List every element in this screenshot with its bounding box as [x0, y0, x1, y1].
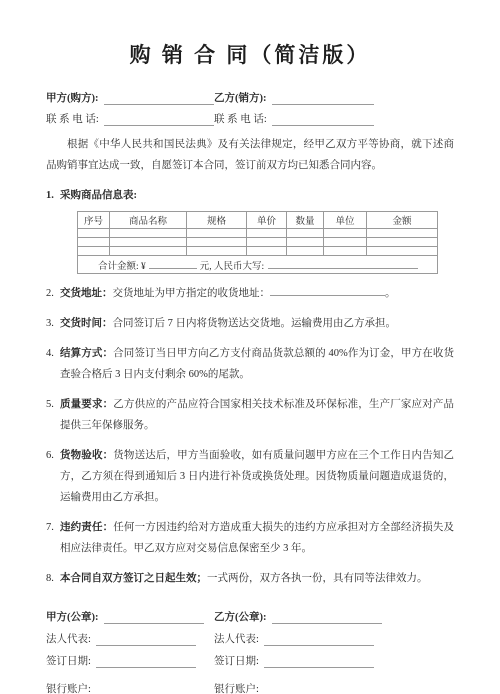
clause-3-label: 交货时间： [60, 318, 113, 329]
party-b-sign-date-line [264, 655, 374, 668]
col-header-unit-price: 单价 [247, 212, 287, 229]
party-a-phone-label: 联 系 电 话: [46, 111, 99, 126]
party-a-phone-line [104, 113, 214, 126]
clause-2-period: 。 [385, 288, 396, 299]
total-amount-label: 合计金额: ¥ [98, 262, 146, 272]
clause-6-number: 6. [46, 445, 54, 466]
clause-2-label: 交货地址： [60, 288, 113, 299]
party-b-seal-field: 乙方(公章): [214, 609, 382, 624]
clause-2-number: 2. [46, 283, 54, 304]
party-a-sign-date-label: 签订日期: [46, 653, 91, 668]
party-info-section: 甲方(购方): 乙方(销方): 联 系 电 话: 联 系 电 话: [46, 84, 454, 126]
clause-2: 2. 交货地址：交货地址为甲方指定的收货地址：。 [46, 283, 454, 304]
party-a-bank-label: 银行账户: [46, 681, 91, 694]
party-b-name-field: 乙方(销方): [214, 90, 374, 105]
party-a-legal-rep-line [96, 633, 196, 646]
party-a-seal-label: 甲方(公章): [46, 609, 99, 624]
clause-8-number: 8. [46, 568, 54, 589]
clause-4: 4. 结算方式：合同签订当日甲方向乙方支付商品货款总额的 40%作为订金，甲方在… [46, 343, 454, 385]
party-b-bank-label: 银行账户: [214, 681, 259, 694]
clause-3: 3. 交货时间：合同签订后 7 日内将货物送达交货地。运输费用由乙方承担。 [46, 313, 454, 334]
party-a-bank-line [96, 683, 196, 694]
intro-paragraph: 根据《中华人民共和国民法典》及有关法律规定，经甲乙双方平等协商，就下述商品购销事… [46, 134, 454, 176]
party-a-bank-field: 银行账户: [46, 681, 214, 694]
goods-table-empty-row [78, 238, 438, 247]
col-header-amount: 金额 [367, 212, 438, 229]
party-phone-row: 联 系 电 话: 联 系 电 话: [46, 105, 454, 126]
party-b-seal-label: 乙方(公章): [214, 609, 267, 624]
col-header-index: 序号 [78, 212, 110, 229]
party-a-phone-field: 联 系 电 话: [46, 111, 214, 126]
clause-8-text: 一式两份，双方各执一份，具有同等法律效力。 [207, 573, 428, 584]
party-name-row: 甲方(购方): 乙方(销方): [46, 84, 454, 105]
clause-7: 7. 违约责任：任何一方因违约给对方造成重大损失的违约方应承担对方全部经济损失及… [46, 517, 454, 559]
goods-table-empty-row [78, 247, 438, 256]
clause-4-text: 合同签订当日甲方向乙方支付商品货款总额的 40%作为订金，甲方在收货查验合格后 … [60, 348, 454, 380]
party-b-phone-label: 联 系 电 话: [214, 111, 267, 126]
party-b-name-line [272, 92, 374, 105]
party-b-bank-line [264, 683, 374, 694]
party-b-sign-date-field: 签订日期: [214, 653, 374, 668]
party-a-legal-rep-field: 法人代表: [46, 631, 214, 646]
party-b-legal-rep-line [264, 633, 374, 646]
goods-table-total-row: 合计金额: ¥元, 人民币大写: [78, 256, 438, 274]
party-b-legal-rep-label: 法人代表: [214, 631, 259, 646]
party-b-sign-date-label: 签订日期: [214, 653, 259, 668]
clause-1: 1. 采购商品信息表: [46, 185, 454, 206]
clause-5: 5. 质量要求：乙方供应的产品应符合国家相关技术标准及环保标准，生产厂家应对产品… [46, 394, 454, 436]
clause-1-number: 1. [46, 185, 54, 206]
party-b-phone-field: 联 系 电 话: [214, 111, 374, 126]
clause-5-number: 5. [46, 394, 54, 415]
clause-7-label: 违约责任： [60, 522, 113, 533]
party-a-sign-date-line [96, 655, 196, 668]
party-a-legal-rep-label: 法人代表: [46, 631, 91, 646]
goods-table-empty-row [78, 229, 438, 238]
col-header-product-name: 商品名称 [110, 212, 187, 229]
goods-table: 序号 商品名称 规格 单价 数量 单位 金额 合计金额: ¥元, 人民币大写: [77, 211, 438, 274]
party-b-legal-rep-field: 法人代表: [214, 631, 374, 646]
clause-7-text: 任何一方因违约给对方造成重大损失的违约方应承担对方全部经济损失及相应法律责任。甲… [60, 522, 454, 554]
sign-date-row: 签订日期: 签订日期: [46, 646, 454, 668]
clause-4-number: 4. [46, 343, 54, 364]
clause-1-label: 采购商品信息表: [60, 190, 137, 201]
total-amount-line [149, 260, 197, 269]
goods-table-header-row: 序号 商品名称 规格 单价 数量 单位 金额 [78, 212, 438, 229]
clause-5-text: 乙方供应的产品应符合国家相关技术标准及环保标准，生产厂家应对产品提供三年保修服务… [60, 399, 454, 431]
delivery-address-line [270, 286, 385, 296]
clause-5-label: 质量要求： [60, 399, 113, 410]
clause-2-text: 交货地址为甲方指定的收货地址： [113, 288, 271, 299]
col-header-unit: 单位 [324, 212, 367, 229]
party-a-sign-date-field: 签订日期: [46, 653, 214, 668]
clause-8-label: 本合同自双方签订之日起生效； [60, 573, 207, 584]
bank-account-row: 银行账户: 银行账户: [46, 674, 454, 694]
clause-6-text: 货物送达后，甲方当面验收，如有质量问题甲方应在三个工作日内告知乙方，乙方须在得到… [60, 450, 454, 503]
col-header-quantity: 数量 [287, 212, 324, 229]
clause-8: 8. 本合同自双方签订之日起生效；一式两份，双方各执一份，具有同等法律效力。 [46, 568, 454, 589]
legal-rep-row: 法人代表: 法人代表: [46, 624, 454, 646]
party-a-seal-line [104, 611, 204, 624]
party-b-bank-field: 银行账户: [214, 681, 374, 694]
contract-page: 购 销 合 同（简洁版） 甲方(购方): 乙方(销方): 联 系 电 话: 联 … [0, 0, 500, 694]
party-a-name-line [104, 92, 215, 105]
clause-list: 1. 采购商品信息表: 序号 商品名称 规格 单价 数量 单位 金额 [46, 185, 454, 589]
contract-title: 购 销 合 同（简洁版） [46, 40, 454, 70]
total-amount-words-label: 元, 人民币大写: [200, 262, 264, 272]
signature-section: 甲方(公章): 乙方(公章): 法人代表: 法人代表: 签订日期: [46, 602, 454, 694]
party-b-seal-line [272, 611, 382, 624]
clause-4-label: 结算方式： [60, 348, 113, 359]
seal-row: 甲方(公章): 乙方(公章): [46, 602, 454, 624]
party-a-name-field: 甲方(购方): [46, 90, 214, 105]
total-amount-words-line [268, 260, 418, 269]
clause-7-number: 7. [46, 517, 54, 538]
col-header-spec: 规格 [187, 212, 247, 229]
clause-6-label: 货物验收： [60, 450, 113, 461]
party-b-phone-line [272, 113, 374, 126]
clause-3-text: 合同签订后 7 日内将货物送达交货地。运输费用由乙方承担。 [113, 318, 397, 329]
clause-6: 6. 货物验收：货物送达后，甲方当面验收，如有质量问题甲方应在三个工作日内告知乙… [46, 445, 454, 508]
party-b-label: 乙方(销方): [214, 90, 267, 105]
party-a-label: 甲方(购方): [46, 90, 99, 105]
party-a-seal-field: 甲方(公章): [46, 609, 214, 624]
clause-3-number: 3. [46, 313, 54, 334]
